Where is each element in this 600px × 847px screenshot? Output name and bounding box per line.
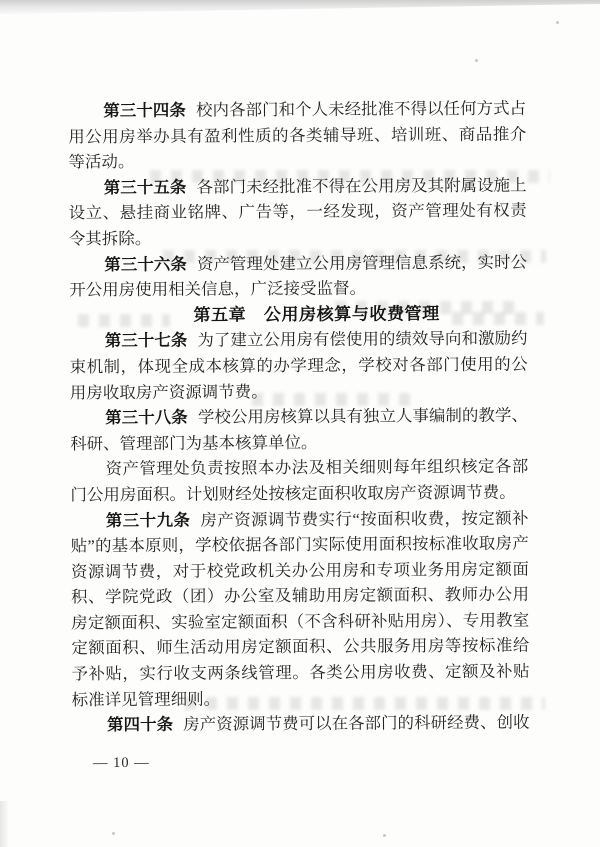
article-number-label: 第三十七条 <box>105 331 188 351</box>
scanner-edge-artifact <box>0 801 9 847</box>
article-text: 房产资源调节费实行“按面积收费，按定额补贴”的基本原则，学校依据各部门实际使用面… <box>71 508 530 709</box>
article-text: 房产资源调节费可以在各部门的科研经费、创收 <box>183 713 529 734</box>
page-number: — 10 — <box>93 755 150 772</box>
paragraph-article-39: 第三十九条房产资源调节费实行“按面积收费，按定额补贴”的基本原则，学校依据各部门… <box>71 505 530 713</box>
article-number-label: 第三十九条 <box>106 510 191 530</box>
chapter-heading: 第五章 公用房核算与收费管理 <box>69 300 527 328</box>
scan-speckle <box>112 832 115 835</box>
scan-speckle <box>556 21 559 24</box>
article-number-label: 第三十五条 <box>104 177 187 197</box>
article-text: 资产管理处负责按照本办法及相关细则每年组织核定各部门公用房面积。计划财经处按核定… <box>70 457 528 504</box>
scanner-edge-artifact <box>0 0 600 16</box>
paragraph-article-36: 第三十六条资产管理处建立公用房管理信息系统，实时公开公用房使用相关信息，广泛接受… <box>69 249 527 303</box>
article-number-label: 第四十条 <box>107 715 173 734</box>
article-number-label: 第三十四条 <box>103 101 186 121</box>
paragraph-article-35: 第三十五条各部门未经批准不得在公用房及其附属设施上设立、悬挂商业铭牌、广告等，一… <box>69 172 527 252</box>
paragraph-article-38-continuation: 资产管理处负责按照本办法及相关细则每年组织核定各部门公用房面积。计划财经处按核定… <box>70 454 528 508</box>
paragraph-article-34: 第三十四条校内各部门和个人未经批准不得以任何方式占用公用房举办具有盈利性质的各类… <box>68 96 526 176</box>
article-number-label: 第三十八条 <box>105 408 188 428</box>
paragraph-article-38: 第三十八条学校公用房核算以具有独立人事编制的教学、科研、管理部门为基本核算单位。 <box>70 403 528 457</box>
scan-speckle <box>475 59 478 62</box>
document-body: 第三十四条校内各部门和个人未经批准不得以任何方式占用公用房举办具有盈利性质的各类… <box>68 96 530 739</box>
scan-speckle <box>383 834 386 837</box>
paragraph-article-37: 第三十七条为了建立公用房有偿使用的绩效导向和激励约束机制，体现全成本核算的办学理… <box>69 326 527 406</box>
paragraph-article-40: 第四十条房产资源调节费可以在各部门的科研经费、创收 <box>72 710 530 738</box>
article-number-label: 第三十六条 <box>104 254 187 274</box>
scanned-document-page: 第三十四条校内各部门和个人未经批准不得以任何方式占用公用房举办具有盈利性质的各类… <box>0 0 600 847</box>
